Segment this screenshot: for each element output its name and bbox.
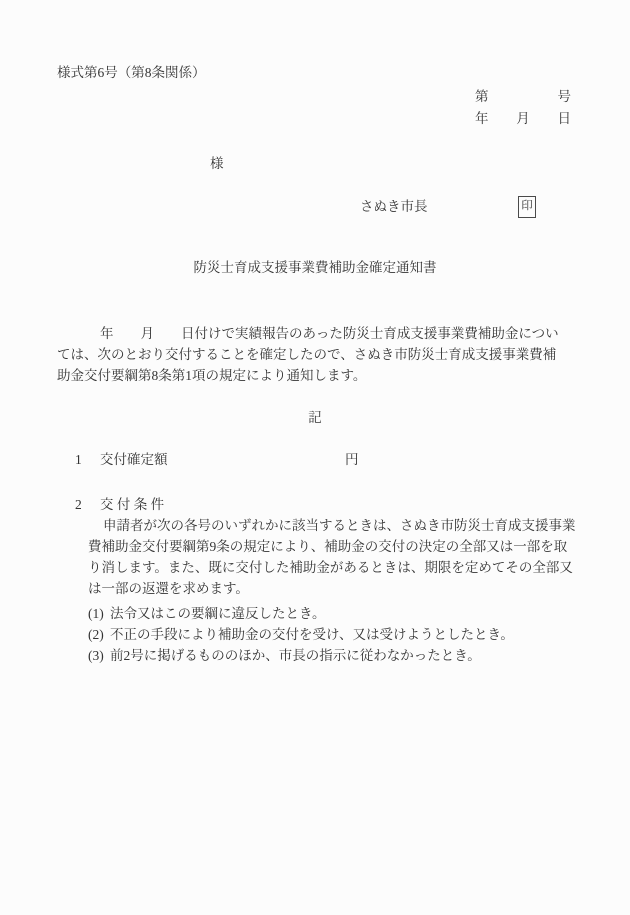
subitem-number: (2): [88, 627, 110, 643]
date-line: 年 月 日: [475, 111, 571, 127]
item-2-line: 費補助金交付要綱第9条の規定により、補助金の交付の決定の全部又は一部を取: [88, 539, 567, 555]
item-2-line: は一部の返還を求めます。: [88, 581, 249, 597]
subitem-row: (2) 不正の手段により補助金の交付を受け、又は受けようとしたとき。: [88, 627, 514, 643]
seal-character: 印: [521, 201, 533, 213]
item-2-line: り消します。また、既に交付した補助金があるときは、期限を定めてその全部又: [88, 560, 573, 576]
item-2-heading: 交 付 条 件: [100, 497, 164, 513]
body-line: 年 月 日付けで実績報告のあった防災士育成支援事業費補助金につい: [100, 326, 559, 342]
subitem-text: 不正の手段により補助金の交付を受け、又は受けようとしたとき。: [110, 627, 514, 643]
subitem-row: (1) 法令又はこの要綱に違反したとき。: [88, 606, 325, 622]
subitem-number: (3): [88, 648, 110, 664]
body-line: ては、次のとおり交付することを確定したので、さぬき市防災士育成支援事業費補: [57, 347, 556, 363]
subitem-number: (1): [88, 606, 110, 622]
doc-number-suffix: 号: [558, 89, 572, 105]
date-month-label: 月: [516, 111, 530, 127]
seal-box: 印: [518, 196, 536, 218]
date-day-label: 日: [558, 111, 572, 127]
item-2-line: 申請者が次の各号のいずれかに該当するときは、さぬき市防災士育成支援事業: [103, 518, 576, 534]
item-2-number: 2: [75, 497, 82, 513]
subitem-row: (3) 前2号に掲げるもののほか、市長の指示に従わなかったとき。: [88, 648, 481, 664]
form-number: 様式第6号（第8条関係）: [57, 65, 206, 81]
doc-number-line: 第 号: [475, 89, 571, 105]
section-marker-ki: 記: [0, 410, 630, 426]
subitem-text: 前2号に掲げるもののほか、市長の指示に従わなかったとき。: [110, 648, 481, 664]
sender-title: さぬき市長: [360, 199, 428, 215]
subitem-text: 法令又はこの要綱に違反したとき。: [110, 606, 325, 622]
document-page: 様式第6号（第8条関係） 第 号 年 月 日 様 さぬき市長 印 防災士育成支援…: [0, 0, 630, 915]
item-1-label: 交付確定額: [100, 452, 168, 468]
document-title: 防災士育成支援事業費補助金確定通知書: [0, 260, 630, 276]
item-1-number: 1: [75, 452, 82, 468]
date-year-label: 年: [475, 111, 489, 127]
doc-number-prefix: 第: [475, 89, 489, 105]
item-1-unit: 円: [345, 452, 359, 468]
addressee-honorific: 様: [210, 156, 224, 172]
body-line: 助金交付要綱第8条第1項の規定により通知します。: [57, 368, 366, 384]
